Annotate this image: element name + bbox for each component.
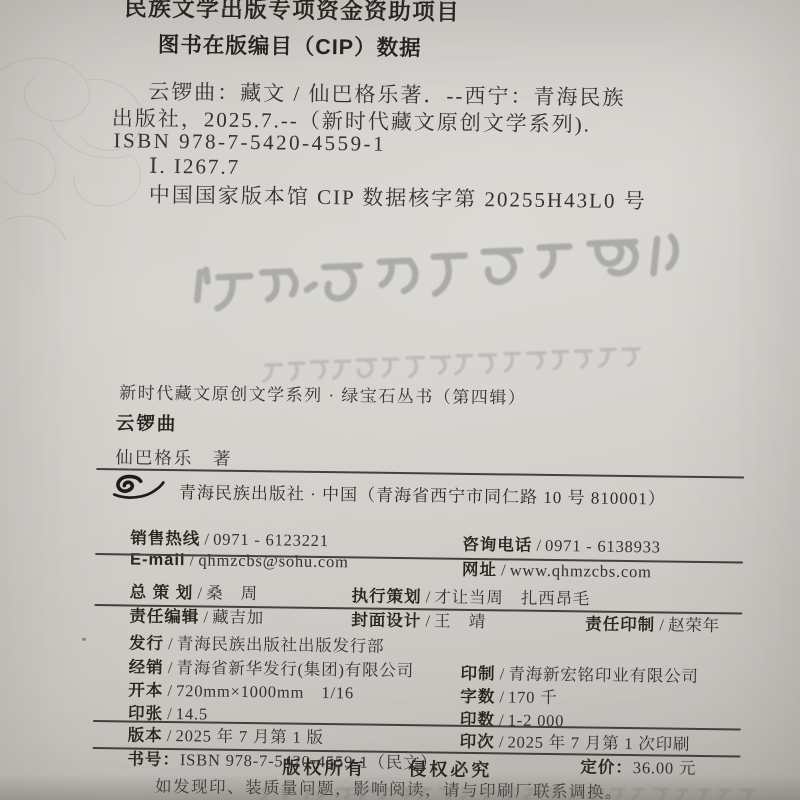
cover-design-value: 王 靖: [434, 611, 486, 631]
separator: /: [655, 615, 668, 634]
cip-record-number-line: 中国国家版本馆 CIP 数据核字第 20255H43L0 号: [149, 179, 647, 216]
print-supervisor-value: 赵荣年: [668, 616, 720, 636]
page-content: 民族文学出版专项资金资助项目 图书在版编目（CIP）数据 云锣曲：藏文 / 仙巴…: [0, 0, 800, 800]
cip-heading: 图书在版编目（CIP）数据: [158, 28, 422, 62]
funding-project-line: 民族文学出版专项资金资助项目: [124, 0, 460, 27]
separator: /: [421, 611, 434, 630]
separator: /: [495, 732, 508, 751]
cip-isbn-line: ISBN 978-7-5420-4559-1: [113, 128, 386, 157]
cip-classification-line: Ⅰ. I267.7: [149, 154, 240, 180]
paper-sheet: 民族文学出版专项资金资助项目 图书在版编目（CIP）数据 云锣曲：藏文 / 仙巴…: [0, 0, 800, 800]
tibetan-showthrough-large-icon: [187, 231, 695, 335]
impression-label: 印次: [460, 733, 495, 751]
bottom-showthrough-icon: [258, 786, 763, 800]
book-copyright-page-photo: { "sep": " / ", "header": { "funding_pro…: [0, 0, 800, 800]
table-border-top: [96, 468, 744, 478]
print-supervisor-label: 责任印制: [585, 615, 655, 634]
publisher-logo-icon: [108, 473, 166, 502]
book-author: 仙巴格乐 著: [115, 444, 232, 471]
publisher-line: 青海民族出版社 · 中国（青海省西宁市同仁路 10 号 810001）: [179, 478, 666, 509]
paper-speck: [82, 638, 86, 641]
book-title: 云锣曲: [116, 409, 178, 436]
series-line: 新时代藏文原创文学系列 · 绿宝石丛书（第四辑）: [119, 378, 526, 408]
